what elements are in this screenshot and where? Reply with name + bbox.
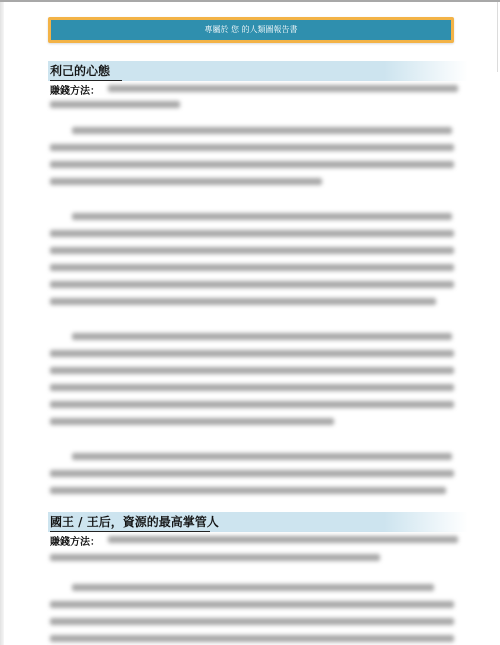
report-banner-title: 專屬於 您 的人類圖報告書 xyxy=(204,25,297,34)
section-heading: 利己的心態 xyxy=(50,62,110,79)
blurred-text xyxy=(50,554,380,561)
money-method-row: 賺錢方法： xyxy=(48,81,468,97)
money-method-label: 賺錢方法： xyxy=(50,82,104,97)
section-heading: 國王 / 王后，資源的最高掌管人 xyxy=(50,513,219,530)
money-method-label: 賺錢方法： xyxy=(50,533,104,548)
report-banner: 專屬於 您 的人類圖報告書 xyxy=(48,17,454,43)
blurred-text xyxy=(108,536,458,543)
section-selfish-mindset: 利己的心態 賺錢方法： xyxy=(48,61,468,97)
window-left-edge xyxy=(0,2,4,645)
section-heading-bar: 國王 / 王后，資源的最高掌管人 xyxy=(48,512,468,532)
section-heading-bar: 利己的心態 xyxy=(48,61,468,81)
blurred-text xyxy=(108,85,458,92)
section-king-queen: 國王 / 王后，資源的最高掌管人 賺錢方法： xyxy=(48,512,468,548)
blurred-text xyxy=(50,101,180,108)
money-method-row: 賺錢方法： xyxy=(48,532,468,548)
